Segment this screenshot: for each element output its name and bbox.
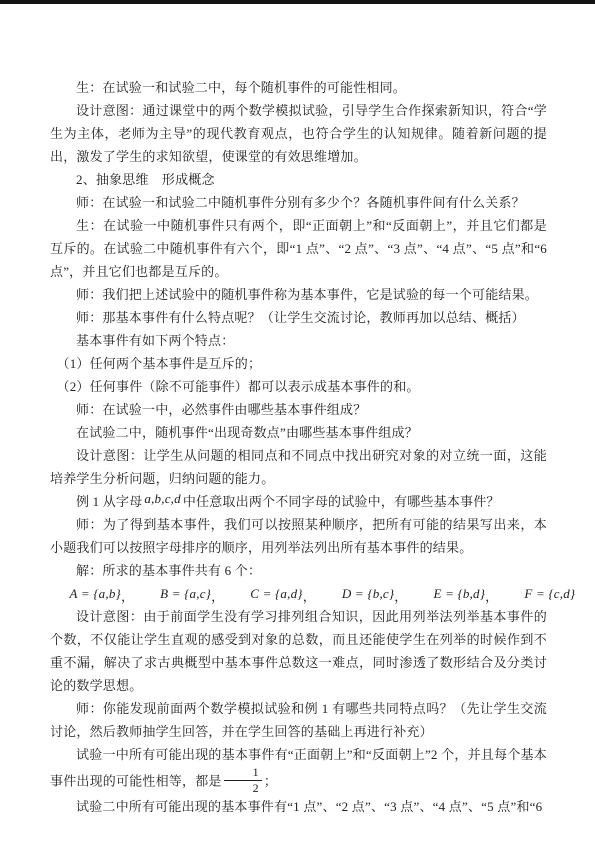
equation-item-C: C = {a,d}: [250, 582, 302, 605]
example-text-before: 例 1 从字母: [76, 494, 142, 509]
equation-item-E: E = {b,d}: [433, 582, 485, 605]
equation-separator: ，: [303, 585, 316, 608]
para-design-intent-2: 设计意图：让学生从问题的相同点和不同点中找出研究对象的对立统一面，这能培养学生分…: [50, 444, 547, 490]
equation-separator: ，: [485, 585, 498, 608]
para-features-intro: 基本事件有如下两个特点：: [50, 329, 547, 352]
para-teacher-features-question: 师：那基本事件有什么特点呢？（让学生交流讨论，教师再加以总结、概括）: [50, 306, 547, 329]
para-teacher-question-count: 师：在试验一和试验二中随机事件分别有多少个？各随机事件间有什么关系？: [50, 191, 547, 214]
para-feature-2: （2）任何事件（除不可能事件）都可以表示成基本事件的和。: [50, 375, 547, 398]
para-student-answer-events: 生：在试验一中随机事件只有两个，即“正面朝上”和“反面朝上”，并且它们都是互斥的…: [50, 214, 547, 283]
para-teacher-common-question: 师：你能发现前面两个数学模拟试验和例 1 有哪些共同特点吗？（先让学生交流讨论，…: [50, 697, 547, 743]
fraction-denominator: 2: [224, 781, 262, 795]
document-page: 生：在试验一和试验二中，每个随机事件的可能性相同。 设计意图：通过课堂中的两个数…: [0, 0, 595, 841]
fraction-numerator: 1: [224, 766, 262, 781]
para-solution-intro: 解：所求的基本事件共有 6 个：: [50, 559, 547, 582]
fraction-one-half: 12: [224, 766, 262, 795]
equation-item-D: D = {b,c}: [342, 582, 394, 605]
para-design-intent-3: 设计意图：由于前面学生没有学习排列组合知识，因此用列举法列举基本事件的个数，不仅…: [50, 605, 547, 697]
para-design-intent-1: 设计意图：通过课堂中的两个数学模拟试验，引导学生合作探索新知识，符合“学生为主体…: [50, 99, 547, 168]
example-text-after: 中任意取出两个不同字母的试验中，有哪些基本事件？: [183, 494, 500, 509]
para-trial2-question: 在试验二中，随机事件“出现奇数点”由哪些基本事件组成？: [50, 421, 547, 444]
example-math-letters: a,b,c,d: [142, 491, 182, 506]
para-teacher-method: 师：为了得到基本事件，我们可以按照某种顺序，把所有可能的结果写出来，本小题我们可…: [50, 513, 547, 559]
para-example-1: 例 1 从字母a,b,c,d中任意取出两个不同字母的试验中，有哪些基本事件？: [50, 490, 547, 513]
equation-separator: ，: [121, 585, 134, 608]
para-feature-1: （1）任何两个基本事件是互斥的；: [50, 352, 547, 375]
equation-separator: ，: [394, 585, 407, 608]
para-trial1-summary: 试验一中所有可能出现的基本事件有“正面朝上”和“反面朝上”2 个，并且每个基本事…: [50, 743, 547, 795]
para-teacher-basic-event-def: 师：我们把上述试验中的随机事件称为基本事件，它是试验的每一个可能结果。: [50, 283, 547, 306]
equation-item-F: F = {c,d}: [524, 582, 575, 605]
trial1-summary-text: 试验一中所有可能出现的基本事件有“正面朝上”和“反面朝上”2 个，并且每个基本事…: [50, 747, 547, 789]
trial1-summary-punctuation: ；: [264, 774, 277, 789]
document-content: 生：在试验一和试验二中，每个随机事件的可能性相同。 设计意图：通过课堂中的两个数…: [50, 76, 547, 818]
heading-abstract-thinking: 2、抽象思维 形成概念: [50, 168, 547, 191]
equation-separator: ，: [211, 585, 224, 608]
equation-item-A: A = {a,b}: [70, 582, 121, 605]
page-top-edge-bar: [0, 0, 595, 4]
para-student-possibility: 生：在试验一和试验二中，每个随机事件的可能性相同。: [50, 76, 547, 99]
para-teacher-trial1-question: 师：在试验一中，必然事件由哪些基本事件组成？: [50, 398, 547, 421]
equation-item-B: B = {a,c}: [160, 582, 211, 605]
equation-line: A = {a,b}，B = {a,c}，C = {a,d}，D = {b,c}，…: [50, 582, 547, 605]
para-trial2-summary: 试验二中所有可能出现的基本事件有“1 点”、“2 点”、“3 点”、“4 点”、…: [50, 795, 547, 818]
